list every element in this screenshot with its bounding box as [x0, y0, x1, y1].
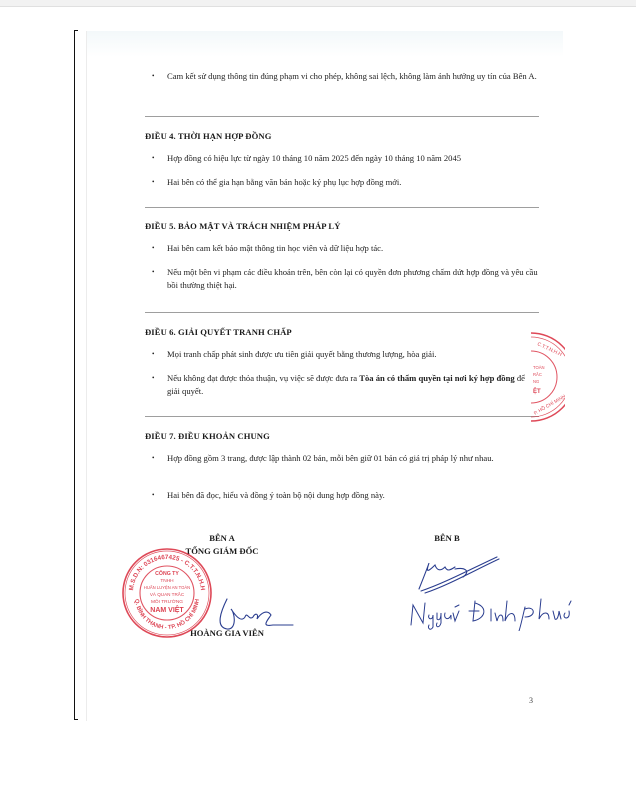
section-heading: ĐIỀU 7. ĐIỀU KHOẢN CHUNG — [145, 431, 270, 441]
bullet-icon: • — [152, 452, 154, 465]
divider — [145, 207, 539, 208]
document-page: • Cam kết sử dụng thông tin đúng phạm vi… — [86, 31, 563, 721]
svg-text:RẮC: RẮC — [533, 372, 542, 377]
section-heading: ĐIỀU 6. GIẢI QUYẾT TRANH CHẤP — [145, 327, 292, 337]
svg-text:MÔI TRƯỜNG: MÔI TRƯỜNG — [151, 598, 183, 605]
bullet-icon: • — [152, 176, 154, 189]
party-b-signature — [405, 549, 575, 631]
bullet-icon: • — [152, 242, 154, 255]
bullet-icon: • — [152, 372, 154, 385]
list-item: • Hợp đồng gồm 3 trang, được lập thành 0… — [167, 452, 539, 465]
section-heading: ĐIỀU 5. BẢO MẬT VÀ TRÁCH NHIỆM PHÁP LÝ — [145, 221, 341, 231]
selection-bracket — [74, 30, 78, 720]
svg-text:NAM VIỆT: NAM VIỆT — [150, 605, 184, 614]
bullet-icon: • — [152, 70, 154, 83]
bullet-icon: • — [152, 266, 154, 279]
svg-text:VÀ QUAN TRẮC: VÀ QUAN TRẮC — [150, 590, 185, 597]
divider — [145, 312, 539, 313]
list-item: • Hai bên có thể gia hạn bằng văn bản ho… — [167, 176, 539, 189]
company-stamp-icon: M.S.D.N: 0316467425 - C.T.T.N.H.H Q. BÌN… — [121, 547, 213, 639]
list-item: • Mọi tranh chấp phát sinh được ưu tiên … — [167, 348, 539, 361]
svg-text:ỆT: ỆT — [533, 387, 541, 395]
divider — [145, 116, 539, 117]
svg-text:TNHH: TNHH — [160, 578, 174, 584]
bullet-icon: • — [152, 152, 154, 165]
bullet-icon: • — [152, 489, 154, 502]
partial-stamp-icon: C.T.T.N.H.H TOÀN RẮC NG ỆT P. HỒ CHÍ MIN… — [531, 331, 565, 423]
list-item: • Hợp đồng có hiệu lực từ ngày 10 tháng … — [167, 152, 539, 165]
viewer-top-bar — [0, 0, 636, 7]
party-a-label: BÊN A — [157, 533, 287, 543]
page-number: 3 — [529, 696, 533, 705]
list-item: • Cam kết sử dụng thông tin đúng phạm vi… — [167, 70, 539, 83]
party-b-label: BÊN B — [402, 533, 492, 543]
svg-text:TOÀN: TOÀN — [533, 365, 545, 370]
svg-text:HUẤN LUYỆN AN TOÀN: HUẤN LUYỆN AN TOÀN — [144, 585, 190, 590]
list-item: • Hai bên cam kết bảo mật thông tin học … — [167, 242, 539, 255]
list-item: • Nếu một bên vi phạm các điều khoản trê… — [167, 266, 539, 291]
divider — [145, 416, 539, 417]
list-item: • Hai bên đã đọc, hiểu và đồng ý toàn bộ… — [167, 489, 539, 502]
bullet-icon: • — [152, 348, 154, 361]
list-item: • Nếu không đạt được thỏa thuận, vụ việc… — [167, 372, 539, 397]
party-a-signature — [205, 593, 295, 633]
section-heading: ĐIỀU 4. THỜI HẠN HỢP ĐỒNG — [145, 131, 272, 141]
svg-text:NG: NG — [533, 379, 539, 384]
svg-text:CÔNG TY: CÔNG TY — [155, 569, 179, 577]
